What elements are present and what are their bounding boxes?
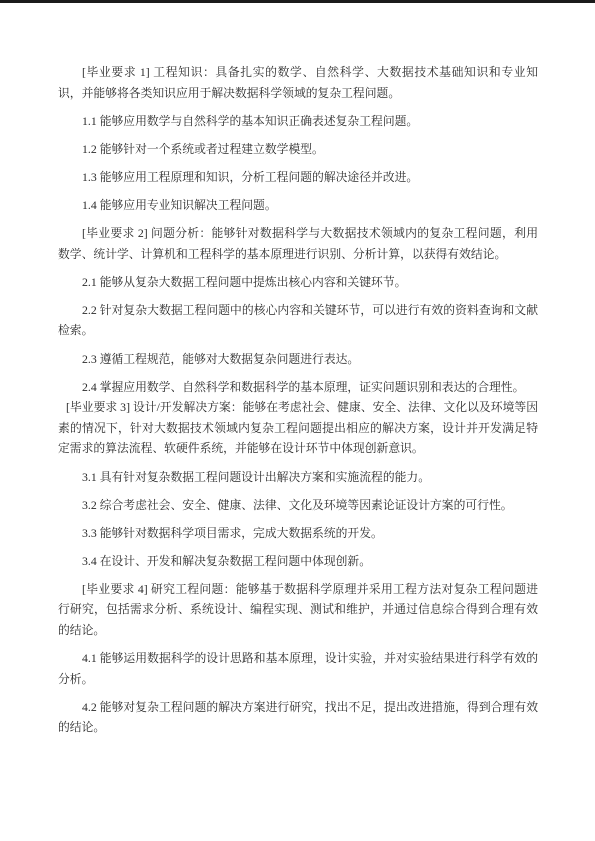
paragraph-indicator-3-3: 3.3 能够针对数据科学项目需求，完成大数据系统的开发。 bbox=[58, 523, 538, 544]
paragraph-indicator-1-2: 1.2 能够针对一个系统或者过程建立数学模型。 bbox=[58, 139, 538, 160]
paragraph-indicator-4-2: 4.2 能够对复杂工程问题的解决方案进行研究，找出不足，提出改进措施，得到合理有… bbox=[58, 697, 538, 738]
paragraph-indicator-1-3: 1.3 能够应用工程原理和知识，分析工程问题的解决途径并改进。 bbox=[58, 167, 538, 188]
paragraph-indicator-2-2: 2.2 针对复杂大数据工程问题中的核心内容和关键环节，可以进行有效的资料查询和文… bbox=[58, 300, 538, 341]
paragraph-indicator-1-1: 1.1 能够应用数学与自然科学的基本知识正确表述复杂工程问题。 bbox=[58, 111, 538, 132]
paragraph-indicator-4-1: 4.1 能够运用数据科学的设计思路和基本原理，设计实验，并对实验结果进行科学有效… bbox=[58, 648, 538, 689]
paragraph-indicator-2-1: 2.1 能够从复杂大数据工程问题中提炼出核心内容和关键环节。 bbox=[58, 272, 538, 293]
paragraph-indicator-1-4: 1.4 能够应用专业知识解决工程问题。 bbox=[58, 195, 538, 216]
paragraph-indicator-2-3: 2.3 遵循工程规范，能够对大数据复杂问题进行表达。 bbox=[58, 349, 538, 370]
paragraph-indicator-3-2: 3.2 综合考虑社会、安全、健康、法律、文化及环境等因素论证设计方案的可行性。 bbox=[58, 495, 538, 516]
paragraph-grad-req-3: [毕业要求 3] 设计/开发解决方案：能够在考虑社会、健康、安全、法律、文化以及… bbox=[58, 397, 538, 459]
paragraph-indicator-3-1: 3.1 具有针对复杂数据工程问题设计出解决方案和实施流程的能力。 bbox=[58, 467, 538, 488]
paragraph-indicator-2-4: 2.4 掌握应用数学、自然科学和数据科学的基本原理，证实问题识别和表达的合理性。 bbox=[58, 377, 538, 398]
paragraph-grad-req-4: [毕业要求 4] 研究工程问题：能够基于数据科学原理并采用工程方法对复杂工程问题… bbox=[58, 579, 538, 641]
document-page: [毕业要求 1] 工程知识：具备扎实的数学、自然科学、大数据技术基础知识和专业知… bbox=[0, 3, 595, 738]
paragraph-indicator-3-4: 3.4 在设计、开发和解决复杂数据工程问题中体现创新。 bbox=[58, 551, 538, 572]
paragraph-grad-req-2: [毕业要求 2] 问题分析：能够针对数据科学与大数据技术领域内的复杂工程问题，利… bbox=[58, 223, 538, 264]
paragraph-grad-req-1: [毕业要求 1] 工程知识：具备扎实的数学、自然科学、大数据技术基础知识和专业知… bbox=[58, 62, 538, 103]
